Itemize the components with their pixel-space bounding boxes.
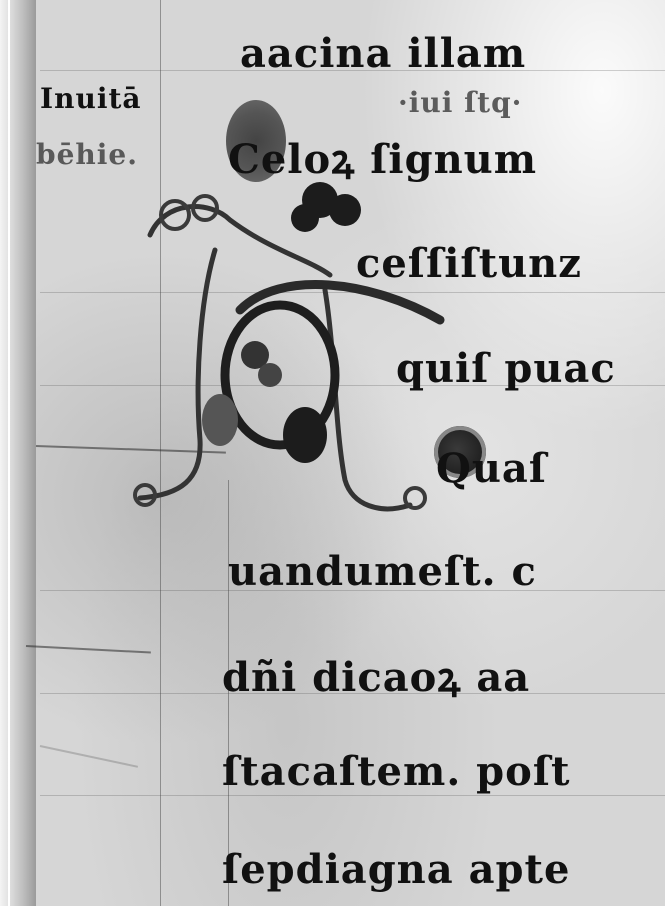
binding-edge-strip: [0, 0, 36, 906]
text-line: uandumeſt. c: [228, 548, 537, 595]
text-line: ceſſiſtunz: [356, 240, 582, 287]
marginal-note: bēhie.: [36, 138, 138, 171]
text-line: Quaſ: [436, 445, 547, 492]
marginal-note: Inuitā: [40, 82, 142, 115]
text-line: aacina illam: [240, 30, 526, 77]
text-line: ſepdiagna apte: [222, 846, 570, 893]
text-line: quiſ puac: [396, 345, 616, 392]
text-line: Celoꝝ ſignum: [228, 130, 537, 185]
text-line: dñi dicaoꝝ aa: [222, 648, 530, 703]
ruling-line-horizontal: [40, 795, 665, 796]
interlinear-note: ·iui ſtq·: [398, 86, 522, 119]
text-line: ſtacaſtem. poſt: [222, 748, 571, 795]
